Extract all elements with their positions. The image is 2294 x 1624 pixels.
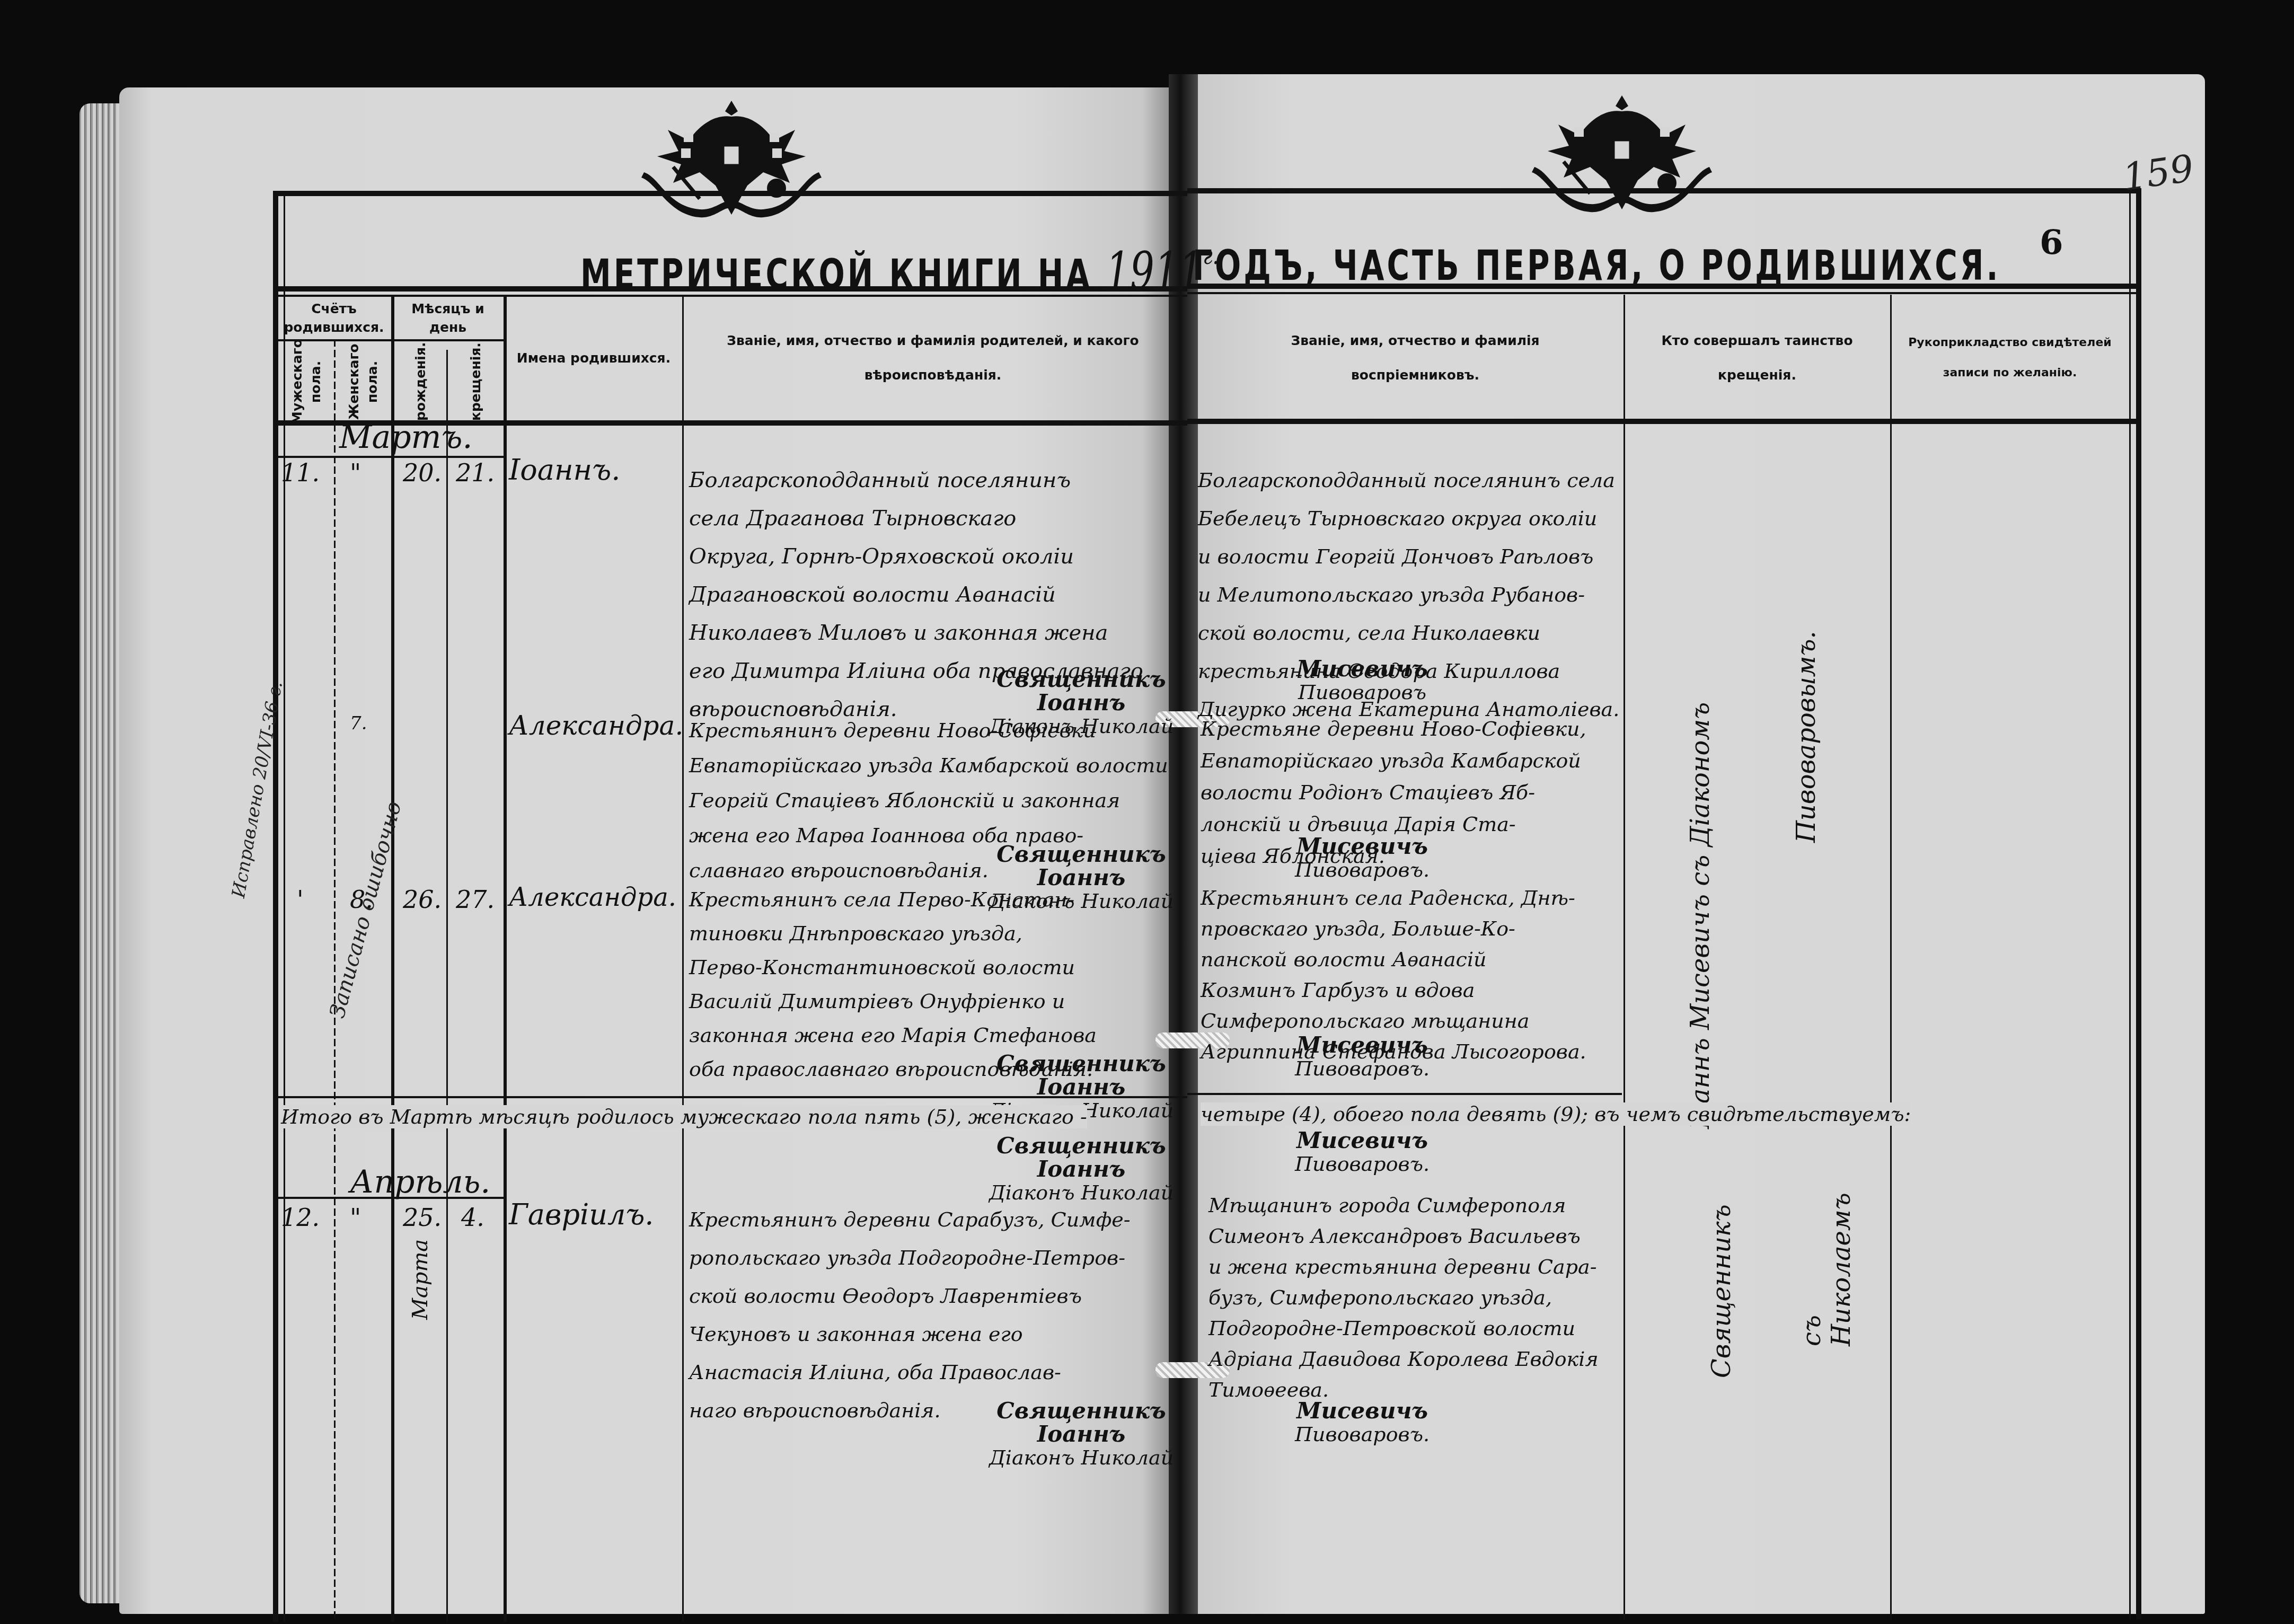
birth-day: 20. — [403, 458, 442, 487]
header-rule — [1187, 292, 2136, 294]
female-number: 8. — [350, 885, 373, 914]
female-number: 7. — [350, 713, 367, 734]
performed-by-march-deacon: Пивоваровымъ. — [1792, 684, 1821, 843]
summary-text-right: четыре (4), обоего пола девять (9); въ ч… — [1201, 1102, 1911, 1126]
col-header-witness-signatures: Рукоприкладство свидѣтелей записи по жел… — [1893, 297, 2127, 419]
col-sep — [504, 297, 507, 1622]
priest-signature: Священникъ Іоаннъ — [986, 1134, 1177, 1181]
godparent-signature: Мисевичъ Пивоваровъ. — [1283, 1399, 1442, 1446]
baptism-day: 21. — [456, 458, 495, 487]
month-label-march: Мартъ. — [339, 419, 473, 456]
col-header-baptism: крещенія. — [449, 345, 501, 419]
col-header-names: Имена родившихся. — [507, 297, 681, 419]
parents-text: Крестьянинъ деревни Сарабузъ, Симфе- роп… — [689, 1201, 1177, 1429]
col-header-count: Счётъ родившихся. — [278, 297, 390, 339]
column-header-bottom-rule — [1187, 419, 2136, 424]
month-rule — [276, 456, 504, 458]
performed-by-april-priest: Священникъ — [1707, 1198, 1736, 1378]
col-header-date: Мѣсяцъ и день — [395, 297, 501, 339]
male-number: 11. — [281, 458, 320, 487]
performed-by-march-priest: Іоаннъ Мисевичъ съ Діакономъ — [1686, 668, 1715, 1129]
godparent-signature: Мисевичъ Пивоваровъ — [1283, 657, 1442, 704]
male-number: ' — [297, 885, 304, 914]
baptism-day: 4. — [461, 1203, 484, 1232]
signature-misevich: Мисевичъ — [1283, 657, 1442, 681]
baptism-day: 27. — [456, 885, 495, 914]
performed-by-april-deacon: съ Николаемъ — [1797, 1166, 1856, 1346]
signature-misevich: Мисевичъ — [1283, 835, 1442, 858]
summary-clergy-signature: Священникъ Іоаннъ Діаконъ Николай — [986, 1134, 1177, 1204]
priest-signature: Священникъ Іоаннъ — [986, 1052, 1177, 1099]
register-title-left: МЕТРИЧЕСКОЙ КНИГИ НА 1911г. — [580, 241, 1219, 301]
deacon-signature: Діаконъ Николай — [989, 1446, 1174, 1469]
female-number: " — [350, 458, 361, 487]
summary-rule — [276, 1096, 1187, 1098]
signature-pivovarov: Пивоваровъ. — [1295, 1423, 1430, 1446]
col-header-female: Женскаго пола. — [337, 345, 389, 419]
col-header-performed-by: Кто совершалъ таинство крещенія. — [1627, 297, 1887, 419]
month-label-april: Апрѣль. — [350, 1163, 490, 1201]
register-title-right: ГОДЪ, ЧАСТЬ ПЕРВАЯ, О РОДИВШИХСЯ. — [1193, 241, 2000, 290]
col-sep — [391, 297, 394, 1622]
title-text-left: МЕТРИЧЕСКОЙ КНИГИ НА — [580, 251, 1092, 299]
header-rule — [1187, 284, 2136, 289]
signature-pivovarov: Пивоваровъ — [1298, 681, 1426, 704]
col-header-birth: рожденія. — [396, 345, 444, 419]
signature-pivovarov: Пивоваровъ. — [1295, 858, 1430, 881]
signature-misevich: Мисевичъ — [1283, 1034, 1442, 1057]
col-header-male: Мужескаго пола. — [281, 345, 331, 419]
child-name: Александра. — [509, 710, 683, 741]
godparents-text: Мѣщанинъ города Симферополя Симеонъ Алек… — [1208, 1190, 1633, 1405]
male-number: 12. — [281, 1203, 320, 1232]
birth-day: 26. — [403, 885, 442, 914]
child-name: Александра. — [509, 882, 676, 912]
priest-signature: Священникъ Іоаннъ — [986, 1399, 1177, 1446]
godparent-signature: Мисевичъ Пивоваровъ. — [1283, 835, 1442, 881]
priest-signature: Священникъ Іоаннъ — [986, 668, 1177, 714]
summary-witness-signature: Мисевичъ Пивоваровъ. — [1283, 1129, 1442, 1176]
signature-misevich: Мисевичъ — [1283, 1399, 1442, 1423]
subheader-rule — [391, 339, 504, 341]
female-number: " — [350, 1203, 361, 1232]
child-name: Гавріилъ. — [509, 1198, 654, 1231]
summary-text-left: Итого въ Мартѣ мѣсяцѣ родилось мужескаго… — [281, 1105, 1087, 1128]
godparent-signature: Мисевичъ Пивоваровъ. — [1283, 1034, 1442, 1080]
signature-misevich: Мисевичъ — [1283, 1129, 1442, 1152]
child-name: Іоаннъ. — [509, 453, 620, 487]
col-header-parents: Званіе, имя, отчество и фамилія родителе… — [689, 297, 1177, 419]
birth-month-note: Марта — [408, 1235, 433, 1320]
birth-day: 25. — [403, 1203, 442, 1232]
col-header-godparents: Званіе, имя, отчество и фамилія воспріем… — [1219, 297, 1611, 419]
col-sep — [446, 350, 448, 1622]
header-rule — [276, 286, 1187, 292]
col-sep — [682, 297, 684, 1622]
month-rule — [276, 1197, 504, 1199]
clergy-signature: Священникъ Іоаннъ Діаконъ Николай — [986, 1399, 1177, 1469]
signature-pivovarov: Пивоваровъ. — [1295, 1057, 1430, 1080]
page-number: 6 — [2040, 223, 2063, 262]
summary-rule — [1187, 1093, 1622, 1095]
signature-pivovarov: Пивоваровъ. — [1295, 1152, 1430, 1176]
col-sep — [1890, 295, 1892, 1620]
